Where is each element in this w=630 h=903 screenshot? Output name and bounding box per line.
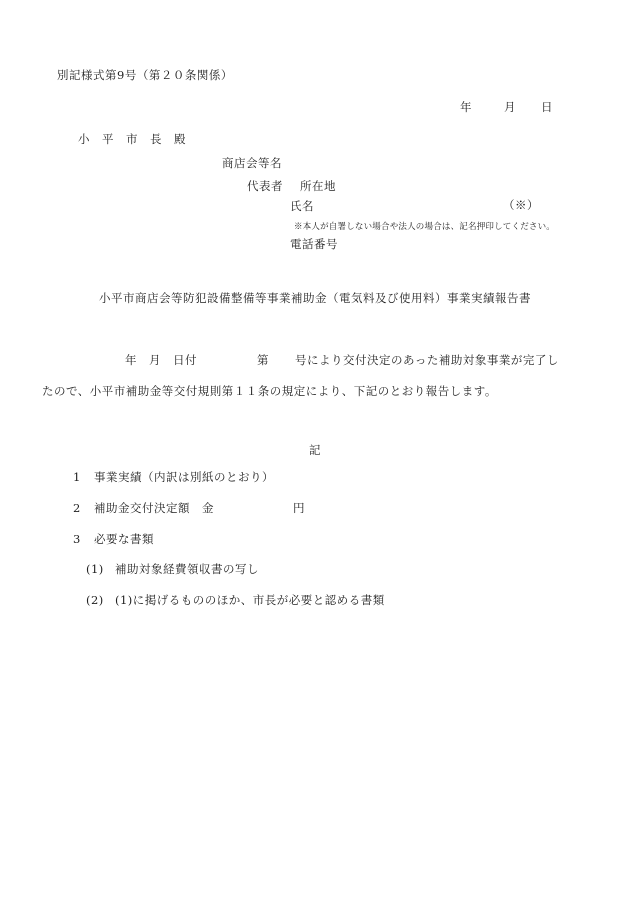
phone-label: 電話番号 xyxy=(290,238,338,251)
sub-item-text: (1)に掲げるもののほか、市長が必要と認める書類 xyxy=(115,594,385,607)
name-label: 氏名 xyxy=(290,200,314,213)
org-name-label: 商店会等名 xyxy=(222,157,282,170)
representative-label: 代表者 xyxy=(247,180,283,193)
body-line2: たので、小平市補助金等交付規則第１１条の規定により、下記のとおり報告します。 xyxy=(42,385,497,398)
address-label: 所在地 xyxy=(300,180,336,193)
item-text: 必要な書類 xyxy=(94,533,154,546)
body-date-blank: 年 月 日付 xyxy=(125,354,197,367)
seal-note: ※本人が自署しない場合や法人の場合は、記名押印してください。 xyxy=(294,222,555,232)
document-page: 別記様式第9号（第２０条関係） 年 月 日 小 平 市 長 殿 商店会等名 代表… xyxy=(0,0,630,903)
seal-mark: （※） xyxy=(503,199,539,212)
date-day-label: 日 xyxy=(541,101,553,114)
item-number: 3 xyxy=(73,533,81,546)
record-heading: 記 xyxy=(0,444,630,457)
sub-item-number: (1) xyxy=(86,563,104,576)
sub-item-number: (2) xyxy=(86,594,104,607)
item-number: 1 xyxy=(73,471,81,484)
body-number-prefix: 第 xyxy=(257,354,269,367)
item-unit-yen: 円 xyxy=(293,502,305,515)
form-number: 別記様式第9号（第２０条関係） xyxy=(57,69,233,82)
date-month-label: 月 xyxy=(504,101,516,114)
document-title: 小平市商店会等防犯設備整備等事業補助金（電気料及び使用料）事業実績報告書 xyxy=(0,292,630,305)
sub-item-text: 補助対象経費領収書の写し xyxy=(115,563,259,576)
item-text: 補助金交付決定額 金 xyxy=(94,502,214,515)
body-line1-rest: 号により交付決定のあった補助対象事業が完了し xyxy=(295,354,559,367)
item-text: 事業実績（内訳は別紙のとおり） xyxy=(94,471,274,484)
date-year-label: 年 xyxy=(460,101,472,114)
addressee: 小 平 市 長 殿 xyxy=(78,133,186,146)
item-number: 2 xyxy=(73,502,81,515)
